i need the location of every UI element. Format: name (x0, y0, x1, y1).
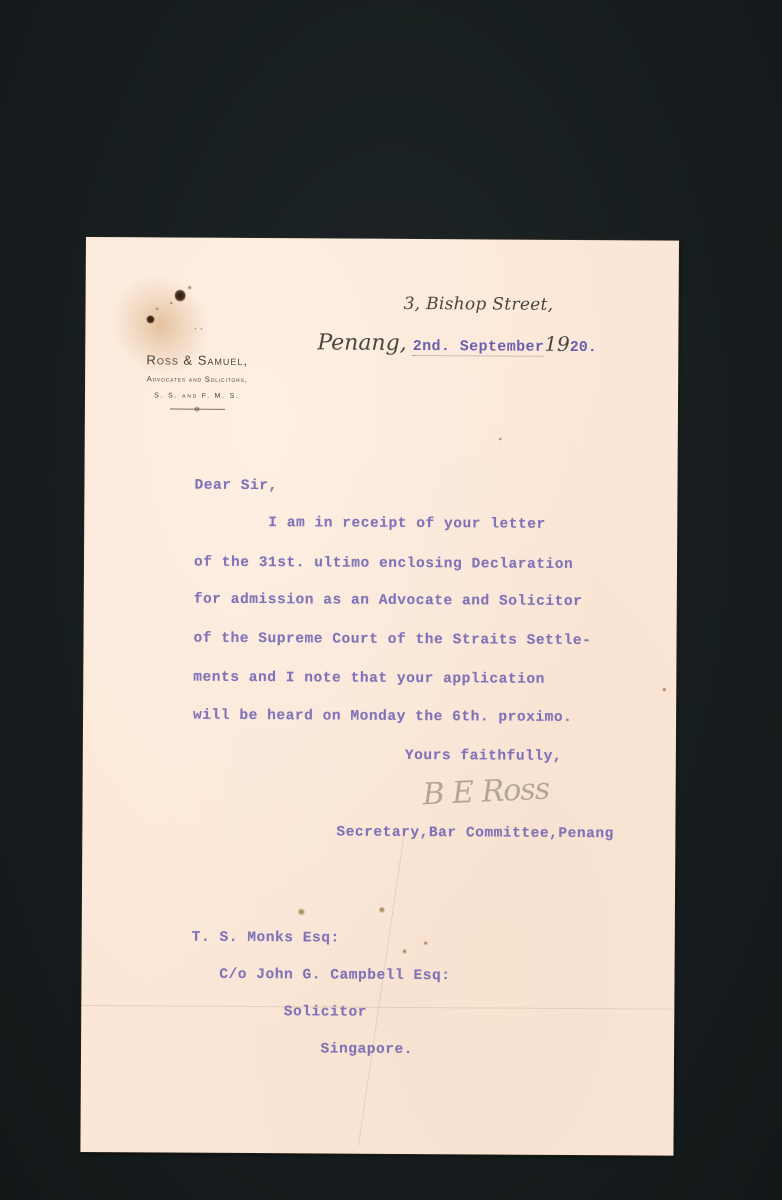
body-line: will be heard on Monday the 6th. proximo… (193, 708, 572, 726)
handwritten-signature: B E Ross (422, 772, 550, 813)
place-name: Penang, (317, 330, 407, 356)
addressee-line: C/o John G. Campbell Esq: (191, 967, 450, 985)
paper-crease (358, 829, 405, 1146)
stain-burn-hole (146, 315, 154, 323)
body-line: I am in receipt of your letter (194, 515, 546, 533)
firm-profession: Advocates and Solicitors, (107, 374, 287, 384)
stain-speck (200, 328, 202, 330)
addressee-line: Solicitor (191, 1004, 367, 1021)
addressee-line: Singapore. (191, 1041, 413, 1058)
firm-jurisdiction: S. S. and F. M. S. (107, 392, 287, 400)
ornament-icon: ✻ (194, 407, 200, 414)
year-typed: 20. (570, 339, 597, 356)
date-typed: 2nd. September (413, 338, 545, 357)
addressee-line: T. S. Monks Esq: (192, 930, 340, 947)
date-line: Penang, 2nd. September 19 20. (317, 330, 597, 357)
stain-speck (499, 438, 502, 441)
body-line: ments and I note that your application (193, 670, 545, 688)
ornamental-rule: ✻ (169, 409, 224, 410)
firm-name: Ross & Samuel, (107, 352, 287, 369)
body-line: of the Supreme Court of the Straits Sett… (193, 631, 591, 649)
stain-speck (170, 302, 173, 305)
stain-speck (156, 307, 159, 310)
closing: Yours faithfully, (405, 748, 562, 765)
stain-speck (298, 908, 305, 915)
salutation: Dear Sir, (194, 478, 277, 495)
stain-speck (403, 949, 407, 954)
body-line: of the 31st. ultimo enclosing Declaratio… (194, 555, 573, 573)
letterhead: Ross & Samuel, Advocates and Solicitors,… (107, 352, 287, 410)
stain-speck (662, 688, 666, 692)
stain-burn-hole (175, 290, 186, 302)
stain-speck (379, 907, 385, 913)
body-line: for admission as an Advocate and Solicit… (194, 592, 583, 610)
stain-speck (194, 328, 196, 330)
street-address: 3, Bishop Street, (404, 294, 554, 315)
stain-speck (188, 286, 192, 290)
signatory-title: Secretary,Bar Committee,Penang (336, 825, 614, 843)
year-printed: 19 (544, 332, 570, 356)
letter-sheet: Ross & Samuel, Advocates and Solicitors,… (80, 237, 679, 1156)
stain-speck (424, 941, 428, 945)
